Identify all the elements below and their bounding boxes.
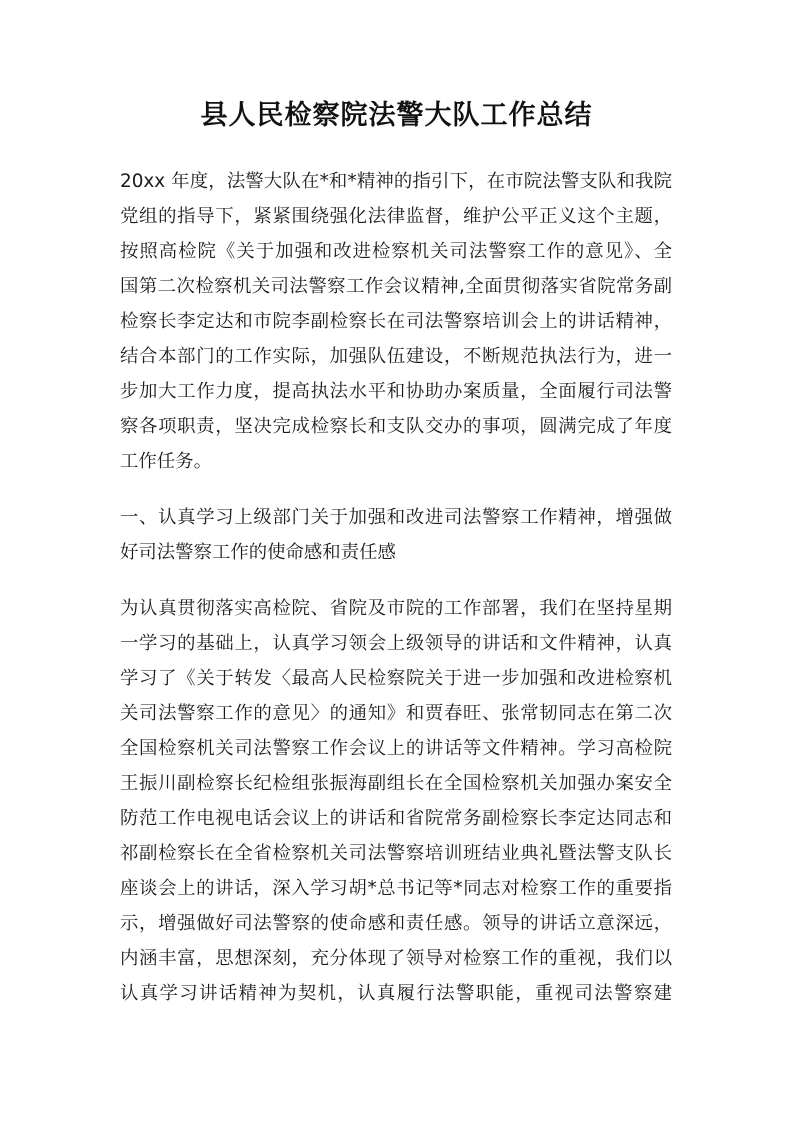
text-line: 结合本部门的工作实际，加强队伍建设，不断规范执法行为，进一: [120, 339, 672, 374]
text-line: 防范工作电视电话会议上的讲话和省院常务副检察长李定达同志和: [120, 801, 672, 836]
heading-line: 一、认真学习上级部门关于加强和改进司法警察工作精神，增强做: [120, 500, 672, 535]
text-line: 关司法警察工作的意见〉的通知》和贾春旺、张常韧同志在第二次: [120, 696, 672, 731]
text-line: 察各项职责，坚决完成检察长和支队交办的事项，圆满完成了年度: [120, 409, 672, 444]
text-line: 国第二次检察机关司法警察工作会议精神,全面贯彻落实省院常务副: [120, 269, 672, 304]
heading-line: 好司法警察工作的使命感和责任感: [120, 535, 672, 570]
text-line: 座谈会上的讲话，深入学习胡*总书记等*同志对检察工作的重要指: [120, 871, 672, 906]
text-line: 按照高检院《关于加强和改进检察机关司法警察工作的意见》、全: [120, 234, 672, 269]
section-heading-1: 一、认真学习上级部门关于加强和改进司法警察工作精神，增强做 好司法警察工作的使命…: [120, 500, 672, 570]
text-line: 步加大工作力度，提高执法水平和协助办案质量，全面履行司法警: [120, 374, 672, 409]
text-line: 内涵丰富，思想深刻，充分体现了领导对检察工作的重视，我们以: [120, 941, 672, 976]
document-body: 20xx 年度，法警大队在*和*精神的指引下，在市院法警支队和我院 党组的指导下…: [120, 164, 672, 1011]
text-line: 王振川副检察长纪检组张振海副组长在全国检察机关加强办案安全: [120, 766, 672, 801]
text-line: 认真学习讲话精神为契机，认真履行法警职能，重视司法警察建: [120, 976, 672, 1011]
text-line: 党组的指导下，紧紧围绕强化法律监督，维护公平正义这个主题，: [120, 199, 672, 234]
text-line: 一学习的基础上，认真学习领会上级领导的讲话和文件精神，认真: [120, 626, 672, 661]
text-line: 20xx 年度，法警大队在*和*精神的指引下，在市院法警支队和我院: [120, 164, 672, 199]
document-page: 县人民检察院法警大队工作总结 20xx 年度，法警大队在*和*精神的指引下，在市…: [0, 0, 793, 1122]
text-line: 全国检察机关司法警察工作会议上的讲话等文件精神。学习高检院: [120, 731, 672, 766]
text-line: 为认真贯彻落实高检院、省院及市院的工作部署，我们在坚持星期: [120, 591, 672, 626]
text-line: 检察长李定达和市院李副检察长在司法警察培训会上的讲话精神，: [120, 304, 672, 339]
document-title: 县人民检察院法警大队工作总结: [0, 98, 793, 134]
paragraph-spacer: [120, 570, 672, 591]
text-line: 工作任务。: [120, 444, 672, 479]
paragraph-intro: 20xx 年度，法警大队在*和*精神的指引下，在市院法警支队和我院 党组的指导下…: [120, 164, 672, 479]
paragraph-spacer: [120, 479, 672, 500]
text-line: 祁副检察长在全省检察机关司法警察培训班结业典礼暨法警支队长: [120, 836, 672, 871]
text-line: 示，增强做好司法警察的使命感和责任感。领导的讲话立意深远，: [120, 906, 672, 941]
paragraph-study: 为认真贯彻落实高检院、省院及市院的工作部署，我们在坚持星期 一学习的基础上，认真…: [120, 591, 672, 1011]
text-line: 学习了《关于转发〈最高人民检察院关于进一步加强和改进检察机: [120, 661, 672, 696]
